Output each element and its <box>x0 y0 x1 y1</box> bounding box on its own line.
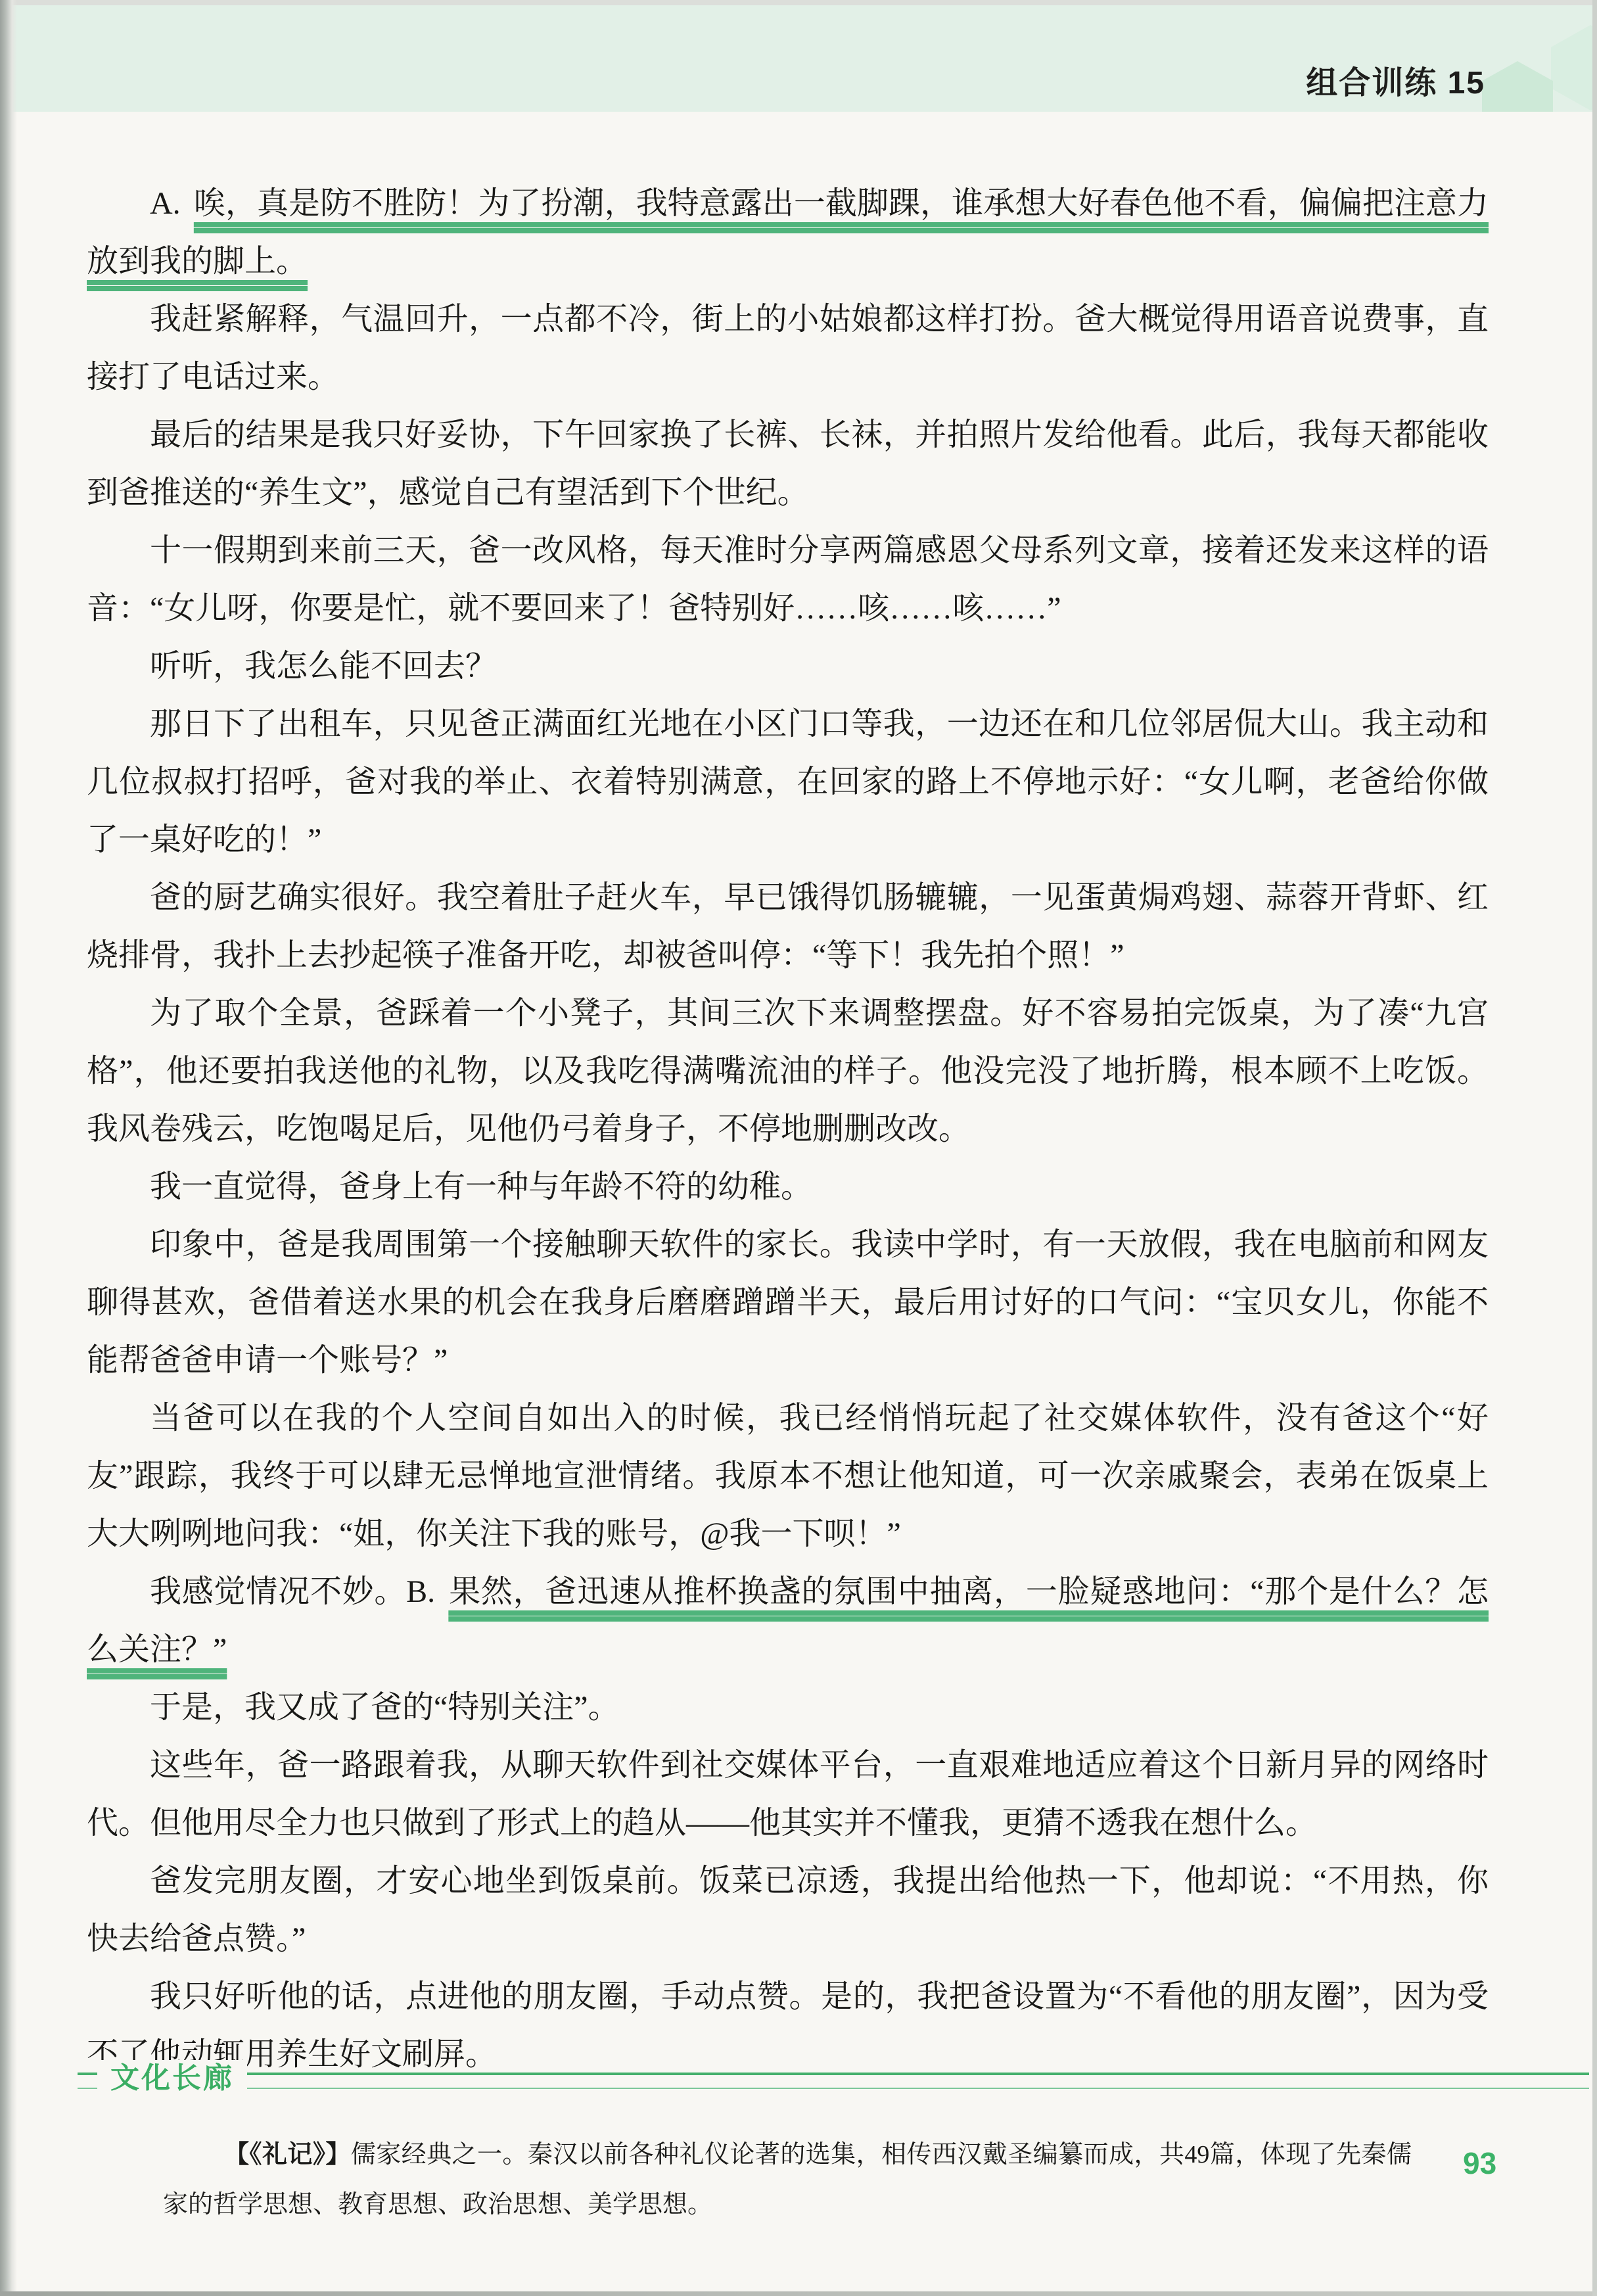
page-number: 93 <box>1463 2148 1496 2178</box>
paragraph: 那日下了出租车，只见爸正满面红光地在小区门口等我，一边还在和几位邻居侃大山。我主… <box>87 695 1489 869</box>
reading-passage: A.唉，真是防不胜防！为了扮潮，我特意露出一截脚踝，谁承想大好春色他不看，偏偏把… <box>87 175 1489 2084</box>
paragraph: 为了取个全景，爸踩着一个小凳子，其间三次下来调整摆盘。好不容易拍完饭桌，为了凑“… <box>87 985 1489 1158</box>
paragraph: 印象中，爸是我周围第一个接触聊天软件的家长。我读中学时，有一天放假，我在电脑前和… <box>87 1216 1489 1390</box>
page-edge-left <box>0 0 17 2296</box>
culture-corridor-bar: 文化长廊 <box>78 2064 1589 2101</box>
underlined-sentence-a: 唉，真是防不胜防！为了扮潮，我特意露出一截脚踝，谁承想大好春色他不看，偏偏把注意… <box>87 186 1489 279</box>
paragraph-sentence-b: 我感觉情况不妙。B.果然，爸迅速从推杯换盏的氛围中抽离，一脸疑惑地问：“那个是什… <box>87 1563 1489 1679</box>
paragraph: 当爸可以在我的个人空间自如出入的时候，我已经悄悄玩起了社交媒体软件，没有爸这个“… <box>87 1390 1489 1563</box>
note-term: 【《礼记》】 <box>224 2141 351 2168</box>
sentence-label-a: A. <box>150 186 181 221</box>
paragraph: 我赶紧解释，气温回升，一点都不冷，街上的小姑娘都这样打扮。爸大概觉得用语音说费事… <box>87 291 1489 406</box>
paragraph: 爸发完朋友圈，才安心地坐到饭桌前。饭菜已凉透，我提出给他热一下，他却说：“不用热… <box>87 1852 1489 1968</box>
header-band: 组合训练 15 <box>0 5 1597 112</box>
paragraph: 我一直觉得，爸身上有一种与年龄不符的幼稚。 <box>87 1158 1489 1216</box>
hexagon-decoration-icon <box>1482 61 1553 112</box>
divider-line-top <box>78 2073 1589 2075</box>
hexagon-decoration-icon <box>1551 25 1597 110</box>
paragraph-sentence-a: A.唉，真是防不胜防！为了扮潮，我特意露出一截脚踝，谁承想大好春色他不看，偏偏把… <box>87 175 1489 291</box>
paragraph: 这些年，爸一路跟着我，从聊天软件到社交媒体平台，一直艰难地适应着这个日新月异的网… <box>87 1737 1489 1852</box>
paragraph: 最后的结果是我只好妥协，下午回家换了长裤、长袜，并拍照片发给他看。此后，我每天都… <box>87 406 1489 522</box>
culture-note: 【《礼记》】儒家经典之一。秦汉以前各种礼仪论著的选集，相传西汉戴圣编纂而成，共4… <box>163 2130 1412 2230</box>
paragraph: 于是，我又成了爸的“特别关注”。 <box>87 1679 1489 1737</box>
textbook-page: 组合训练 15 A.唉，真是防不胜防！为了扮潮，我特意露出一截脚踝，谁承想大好春… <box>0 0 1597 2296</box>
paragraph: 十一假期到来前三天，爸一改风格，每天准时分享两篇感恩父母系列文章，接着还发来这样… <box>87 522 1489 638</box>
note-text: 儒家经典之一。秦汉以前各种礼仪论著的选集，相传西汉戴圣编纂而成，共49篇，体现了… <box>163 2141 1412 2218</box>
page-edge-bottom <box>0 2291 1597 2296</box>
paragraph: 听听，我怎么能不回去？ <box>87 638 1489 695</box>
page-header-title: 组合训练 15 <box>1306 68 1485 99</box>
sentence-label-b: B. <box>406 1574 435 1609</box>
page-edge-top <box>0 0 1597 5</box>
sentence-b-prefix: 我感觉情况不妙。 <box>150 1574 406 1609</box>
divider-line-bottom <box>78 2088 1589 2089</box>
paragraph: 爸的厨艺确实很好。我空着肚子赶火车，早已饿得饥肠辘辘，一见蛋黄焗鸡翅、蒜蓉开背虾… <box>87 869 1489 985</box>
page-edge-right <box>1592 0 1597 2296</box>
culture-corridor-title: 文化长廊 <box>97 2060 247 2097</box>
